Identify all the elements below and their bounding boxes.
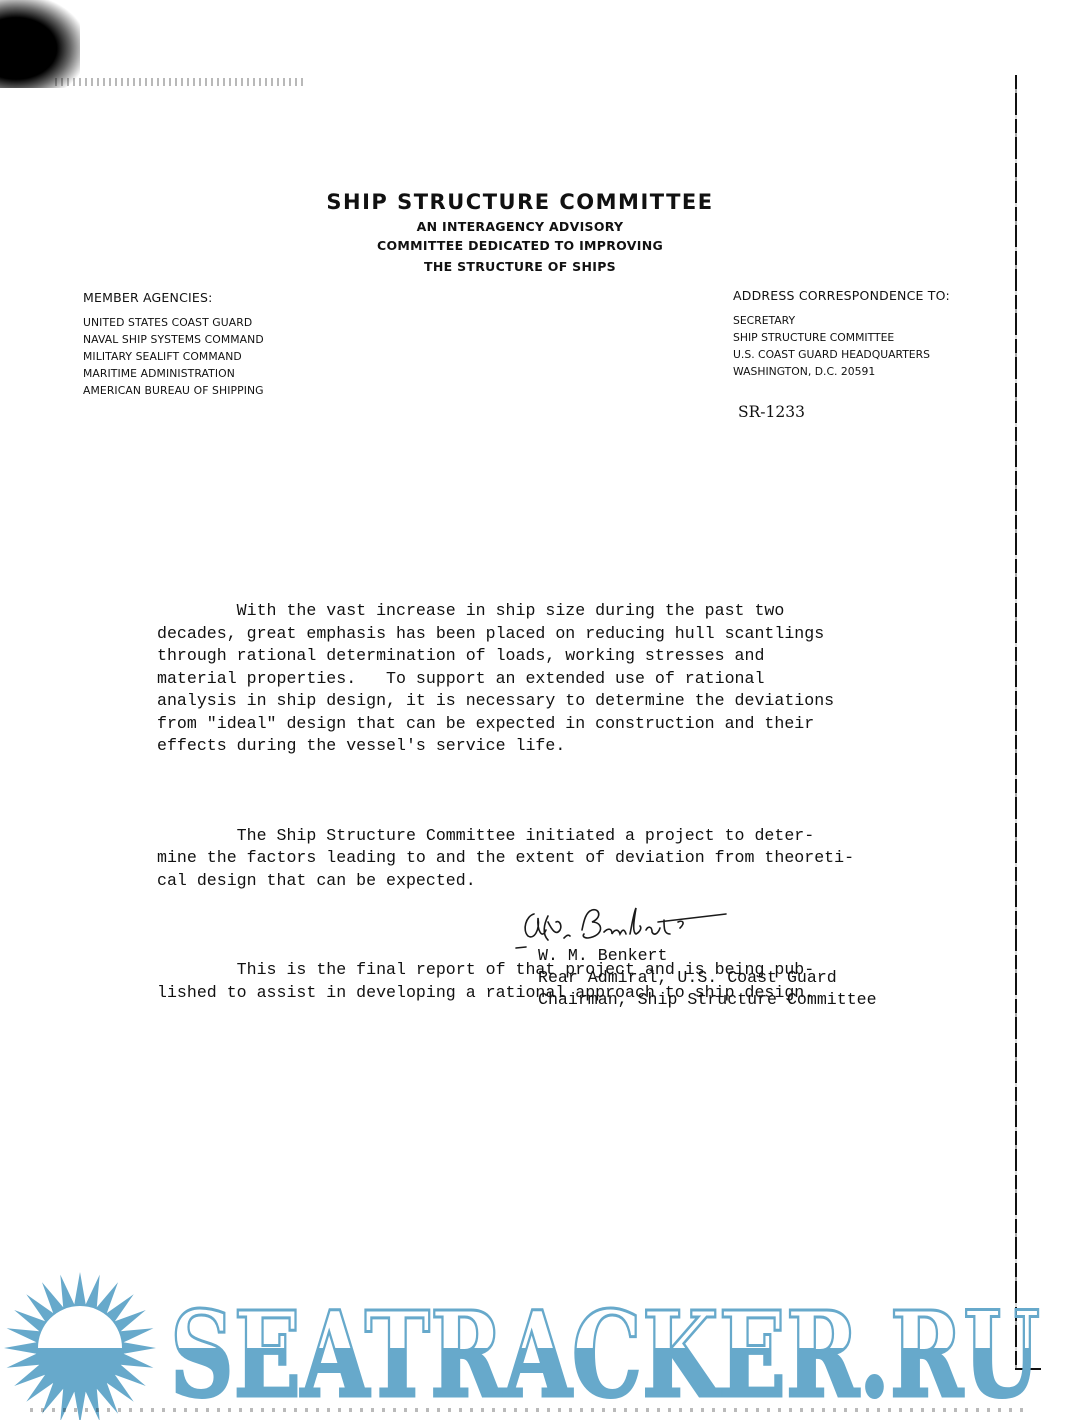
sun-over-sea-icon (0, 1268, 160, 1420)
letterhead-subtitle: AN INTERAGENCY ADVISORY (0, 219, 1040, 234)
scan-artifact (55, 78, 305, 86)
address-line: SECRETARY (733, 312, 950, 329)
letterhead-subtitle: THE STRUCTURE OF SHIPS (0, 259, 1040, 274)
scan-artifact (0, 0, 80, 88)
letterhead-subtitle: COMMITTEE DEDICATED TO IMPROVING (0, 238, 1040, 253)
correspondence-address: ADDRESS CORRESPONDENCE TO: SECRETARY SHI… (733, 288, 950, 380)
agency-item: MILITARY SEALIFT COMMAND (83, 348, 264, 365)
address-line: WASHINGTON, D.C. 20591 (733, 363, 950, 380)
document-page: SHIP STRUCTURE COMMITTEE AN INTERAGENCY … (0, 0, 1080, 1425)
member-agencies: MEMBER AGENCIES: UNITED STATES COAST GUA… (83, 290, 264, 399)
address-heading: ADDRESS CORRESPONDENCE TO: (733, 288, 950, 303)
signer-title: Chairman, Ship Structure Committee (538, 989, 877, 1011)
agency-item: MARITIME ADMINISTRATION (83, 365, 264, 382)
agency-item: NAVAL SHIP SYSTEMS COMMAND (83, 331, 264, 348)
signer-name: W. M. Benkert (538, 945, 877, 967)
signature-block: W. M. BenkertRear Admiral, U.S. Coast Gu… (538, 945, 877, 1011)
agency-item: AMERICAN BUREAU OF SHIPPING (83, 382, 264, 399)
agency-item: UNITED STATES COAST GUARD (83, 314, 264, 331)
address-line: SHIP STRUCTURE COMMITTEE (733, 329, 950, 346)
member-agencies-heading: MEMBER AGENCIES: (83, 290, 264, 305)
body-paragraph: The Ship Structure Committee initiated a… (157, 825, 917, 893)
body-paragraph: With the vast increase in ship size duri… (157, 600, 917, 758)
watermark-logo-text: SEATRACKER.RU SEATRACKER.RU (170, 1296, 1050, 1406)
signer-title: Rear Admiral, U.S. Coast Guard (538, 967, 877, 989)
scan-artifact (30, 1408, 1030, 1412)
reference-number: SR-1233 (738, 403, 805, 421)
letterhead-title: SHIP STRUCTURE COMMITTEE (0, 190, 1040, 214)
address-line: U.S. COAST GUARD HEADQUARTERS (733, 346, 950, 363)
